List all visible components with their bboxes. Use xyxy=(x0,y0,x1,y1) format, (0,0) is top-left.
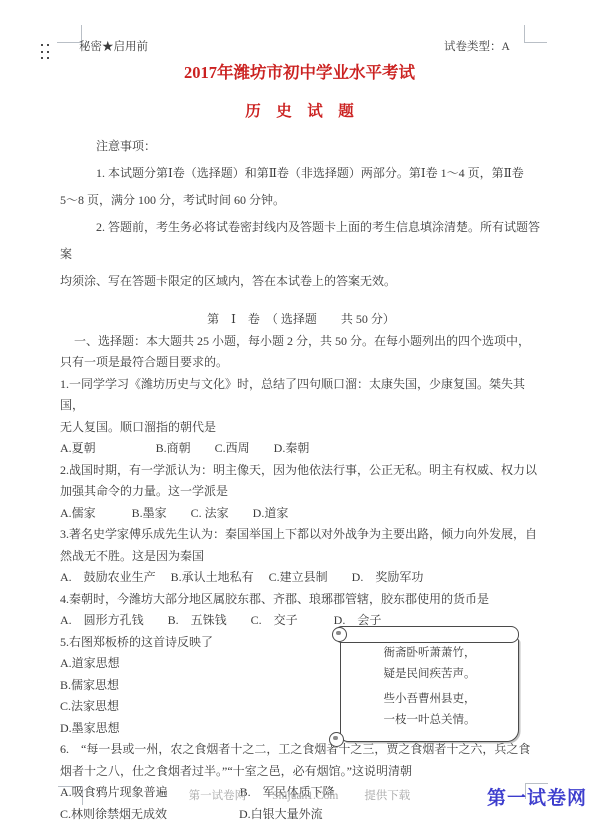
poem-line-1: 衙斋卧听萧萧竹， xyxy=(340,643,519,665)
scroll-roll-end-icon xyxy=(332,627,347,642)
footer-site-url: Shijuan1.Com xyxy=(272,790,338,802)
question-4-stem: 4.秦朝时，今潍坊大部分地区属胶东郡、齐郡、琅琊郡管辖，胶东郡使用的货币是 xyxy=(60,589,542,611)
question-6: 6. “每一县或一州，农之食烟者十之二，工之食烟者十之三，贾之食烟者十之六，兵之… xyxy=(60,739,542,825)
question-1: 1.一同学学习《潍坊历史与文化》时，总结了四句顺口溜：太康失国，少康复国。桀失其… xyxy=(60,374,542,460)
question-2: 2.战国时期，有一学派认为：明主像天，因为他依法行事，公正无私。明主有权威、权力… xyxy=(60,460,542,525)
crop-mark-top-right-vertical xyxy=(524,25,525,43)
scroll-roll-end-icon xyxy=(329,732,344,747)
zheng-banqiao-poem: 衙斋卧听萧萧竹， 疑是民间疾苦声。 些小吾曹州县吏， 一枝一叶总关情。 xyxy=(340,643,519,732)
notice-item-1: 1. 本试题分第Ⅰ卷（选择题）和第Ⅱ卷（非选择题）两部分。第Ⅰ卷 1～4 页，第… xyxy=(60,160,542,214)
question-3: 3.著名史学家傅乐成先生认为：秦国举国上下都以对外战争为主要出路，倾力向外发展，… xyxy=(60,524,542,589)
exam-paper-page: 秘密★启用前 试卷类型：A 2017年潍坊市初中学业水平考试 历 史 试 题 注… xyxy=(0,0,599,829)
poem-line-4: 一枝一叶总关情。 xyxy=(340,710,519,732)
exam-title: 2017年潍坊市初中学业水平考试 xyxy=(0,59,599,83)
question-2-options: A.儒家 B.墨家 C. 法家 D.道家 xyxy=(60,503,542,525)
crop-mark-top-right-horizontal xyxy=(524,42,547,43)
scroll-top-roll xyxy=(334,626,519,643)
paper-type-label: 试卷类型：A xyxy=(444,38,510,54)
question-2-stem: 2.战国时期，有一学派认为：明主像天，因为他依法行事，公正无私。明主有权威、权力… xyxy=(60,460,542,503)
question-1-options: A.夏朝 B.商朝 C.西周 D.秦朝 xyxy=(60,438,542,460)
secrecy-label: 秘密★启用前 xyxy=(79,38,148,54)
notice-item-2: 2. 答题前，考生务必将试卷密封线内及答题卡上面的考生信息填涂清楚。所有试题答案… xyxy=(60,214,542,295)
poem-line-3: 些小吾曹州县吏， xyxy=(340,689,519,711)
section-1: 第 Ⅰ 卷 （ 选择题 共 50 分） 一、选择题：本大题共 25 小题，每小题… xyxy=(60,309,542,825)
question-3-stem: 3.著名史学家傅乐成先生认为：秦国举国上下都以对外战争为主要出路，倾力向外发展，… xyxy=(60,524,542,567)
site-watermark: 第一试卷网 xyxy=(487,783,587,810)
poem-scroll-graphic: 衙斋卧听萧萧竹， 疑是民间疾苦声。 些小吾曹州县吏， 一枝一叶总关情。 xyxy=(332,626,522,747)
footer-site-name: 第一试卷网 xyxy=(189,790,247,802)
question-3-options: A. 鼓励农业生产 B.承认土地私有 C.建立县制 D. 奖励军功 xyxy=(60,567,542,589)
notices-heading: 注意事项： xyxy=(60,133,542,160)
section-1-intro: 一、选择题：本大题共 25 小题，每小题 2 分，共 50 分。在每小题列出的四… xyxy=(60,331,542,374)
notices-section: 注意事项： 1. 本试题分第Ⅰ卷（选择题）和第Ⅱ卷（非选择题）两部分。第Ⅰ卷 1… xyxy=(60,133,542,295)
poem-line-2: 疑是民间疾苦声。 xyxy=(340,664,519,686)
question-5: 5.右图郑板桥的这首诗反映了 A.道家思想 B.儒家思想 C.法家思想 D.墨家… xyxy=(60,632,542,740)
footer-download-label: 提供下载 xyxy=(364,790,410,802)
section-1-heading: 第 Ⅰ 卷 （ 选择题 共 50 分） xyxy=(60,309,542,331)
question-1-stem: 1.一同学学习《潍坊历史与文化》时，总结了四句顺口溜：太康失国，少康复国。桀失其… xyxy=(60,374,542,439)
exam-body: 注意事项： 1. 本试题分第Ⅰ卷（选择题）和第Ⅱ卷（非选择题）两部分。第Ⅰ卷 1… xyxy=(60,133,542,825)
subject-title: 历 史 试 题 xyxy=(0,99,599,121)
question-6-options-row-2: C.林则徐禁烟无成效 D.白银大量外流 xyxy=(60,804,542,826)
